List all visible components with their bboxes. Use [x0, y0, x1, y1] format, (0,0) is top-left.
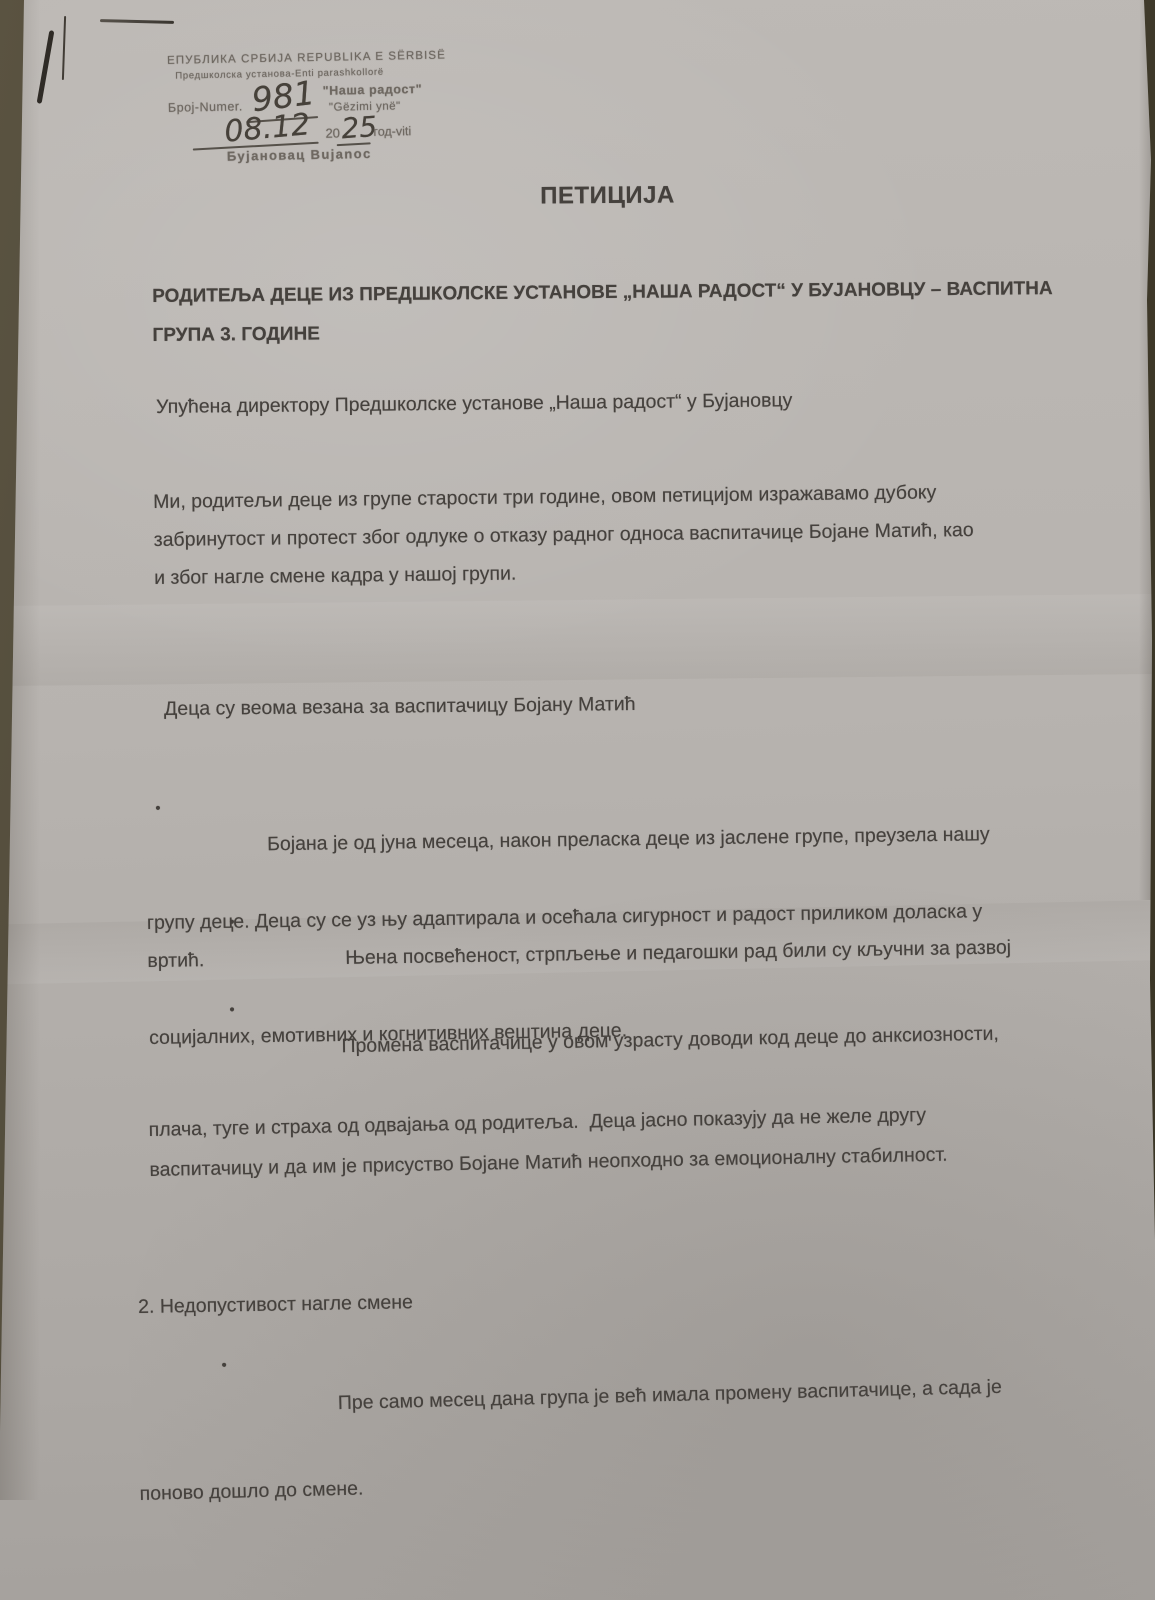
- stamp-number-label: Број-Numer.: [168, 99, 243, 114]
- bullet-text: Бојана је од јуна месеца, након преласка…: [267, 823, 990, 855]
- bullet-text: Пре само месец дана група је већ имала п…: [338, 1376, 1002, 1414]
- addressee-line: Упућена директору Предшколске установе „…: [156, 389, 792, 419]
- petition-heading: РОДИТЕЉА ДЕЦЕ ИЗ ПРЕДШКОЛСКЕ УСТАНОВЕ „Н…: [152, 269, 1053, 355]
- intro-paragraph: Ми, родитељи деце из групе старости три …: [153, 473, 974, 597]
- section2-heading: 2. Недопустивост нагле смене: [138, 1291, 413, 1319]
- bullet-text: Њена посвећеност, стрпљење и педагошки р…: [345, 936, 1011, 968]
- bullet-icon: •: [229, 990, 235, 1030]
- stamp-year-prefix: 20: [325, 126, 340, 141]
- bullet-icon: •: [221, 1344, 227, 1387]
- pen-mark-thin: [62, 16, 66, 80]
- document-paper: ЕПУБЛИКА СРБИЈА REPUBLIKA E SËRBISË Пред…: [0, 0, 1155, 1600]
- stamp-year-suffix: год-viti: [373, 124, 411, 139]
- paper-crease: [0, 594, 1155, 686]
- bullet-text: Промена васпитачице у овом узрасту довод…: [341, 1023, 999, 1058]
- photo-background: ЕПУБЛИКА СРБИЈА REPUBLIKA E SËRBISË Пред…: [0, 0, 1155, 1600]
- bullet-item: •Пре само месец дана група је већ имала …: [136, 1323, 1004, 1516]
- registry-stamp: ЕПУБЛИКА СРБИЈА REPUBLIKA E SËRBISË Пред…: [159, 43, 471, 174]
- stamp-country-line: ЕПУБЛИКА СРБИЈА REPUBLIKA E SËRBISË: [167, 49, 446, 66]
- heading-line: РОДИТЕЉА ДЕЦЕ ИЗ ПРЕДШКОЛСКЕ УСТАНОВЕ „Н…: [152, 269, 1053, 316]
- section1-heading: Деца су веома везана за васпитачицу Боја…: [164, 693, 636, 721]
- stamp-place: Бујановац Bujanoc: [227, 146, 372, 164]
- paper-edge-shadow: [0, 0, 40, 1500]
- page-title: ПЕТИЦИЈА: [30, 178, 1155, 214]
- bullet-icon: •: [229, 904, 235, 943]
- heading-line: ГРУПА 3. ГОДИНЕ: [152, 308, 1053, 355]
- bullet-item: •Промена васпитачице у овом узрасту дово…: [146, 974, 1002, 1190]
- bullet-icon: •: [155, 790, 161, 829]
- stamp-org-name-sr: "Наша радост": [323, 82, 423, 98]
- pen-mark-horizontal: [100, 19, 174, 24]
- paper-edge-shadow: [1139, 0, 1155, 900]
